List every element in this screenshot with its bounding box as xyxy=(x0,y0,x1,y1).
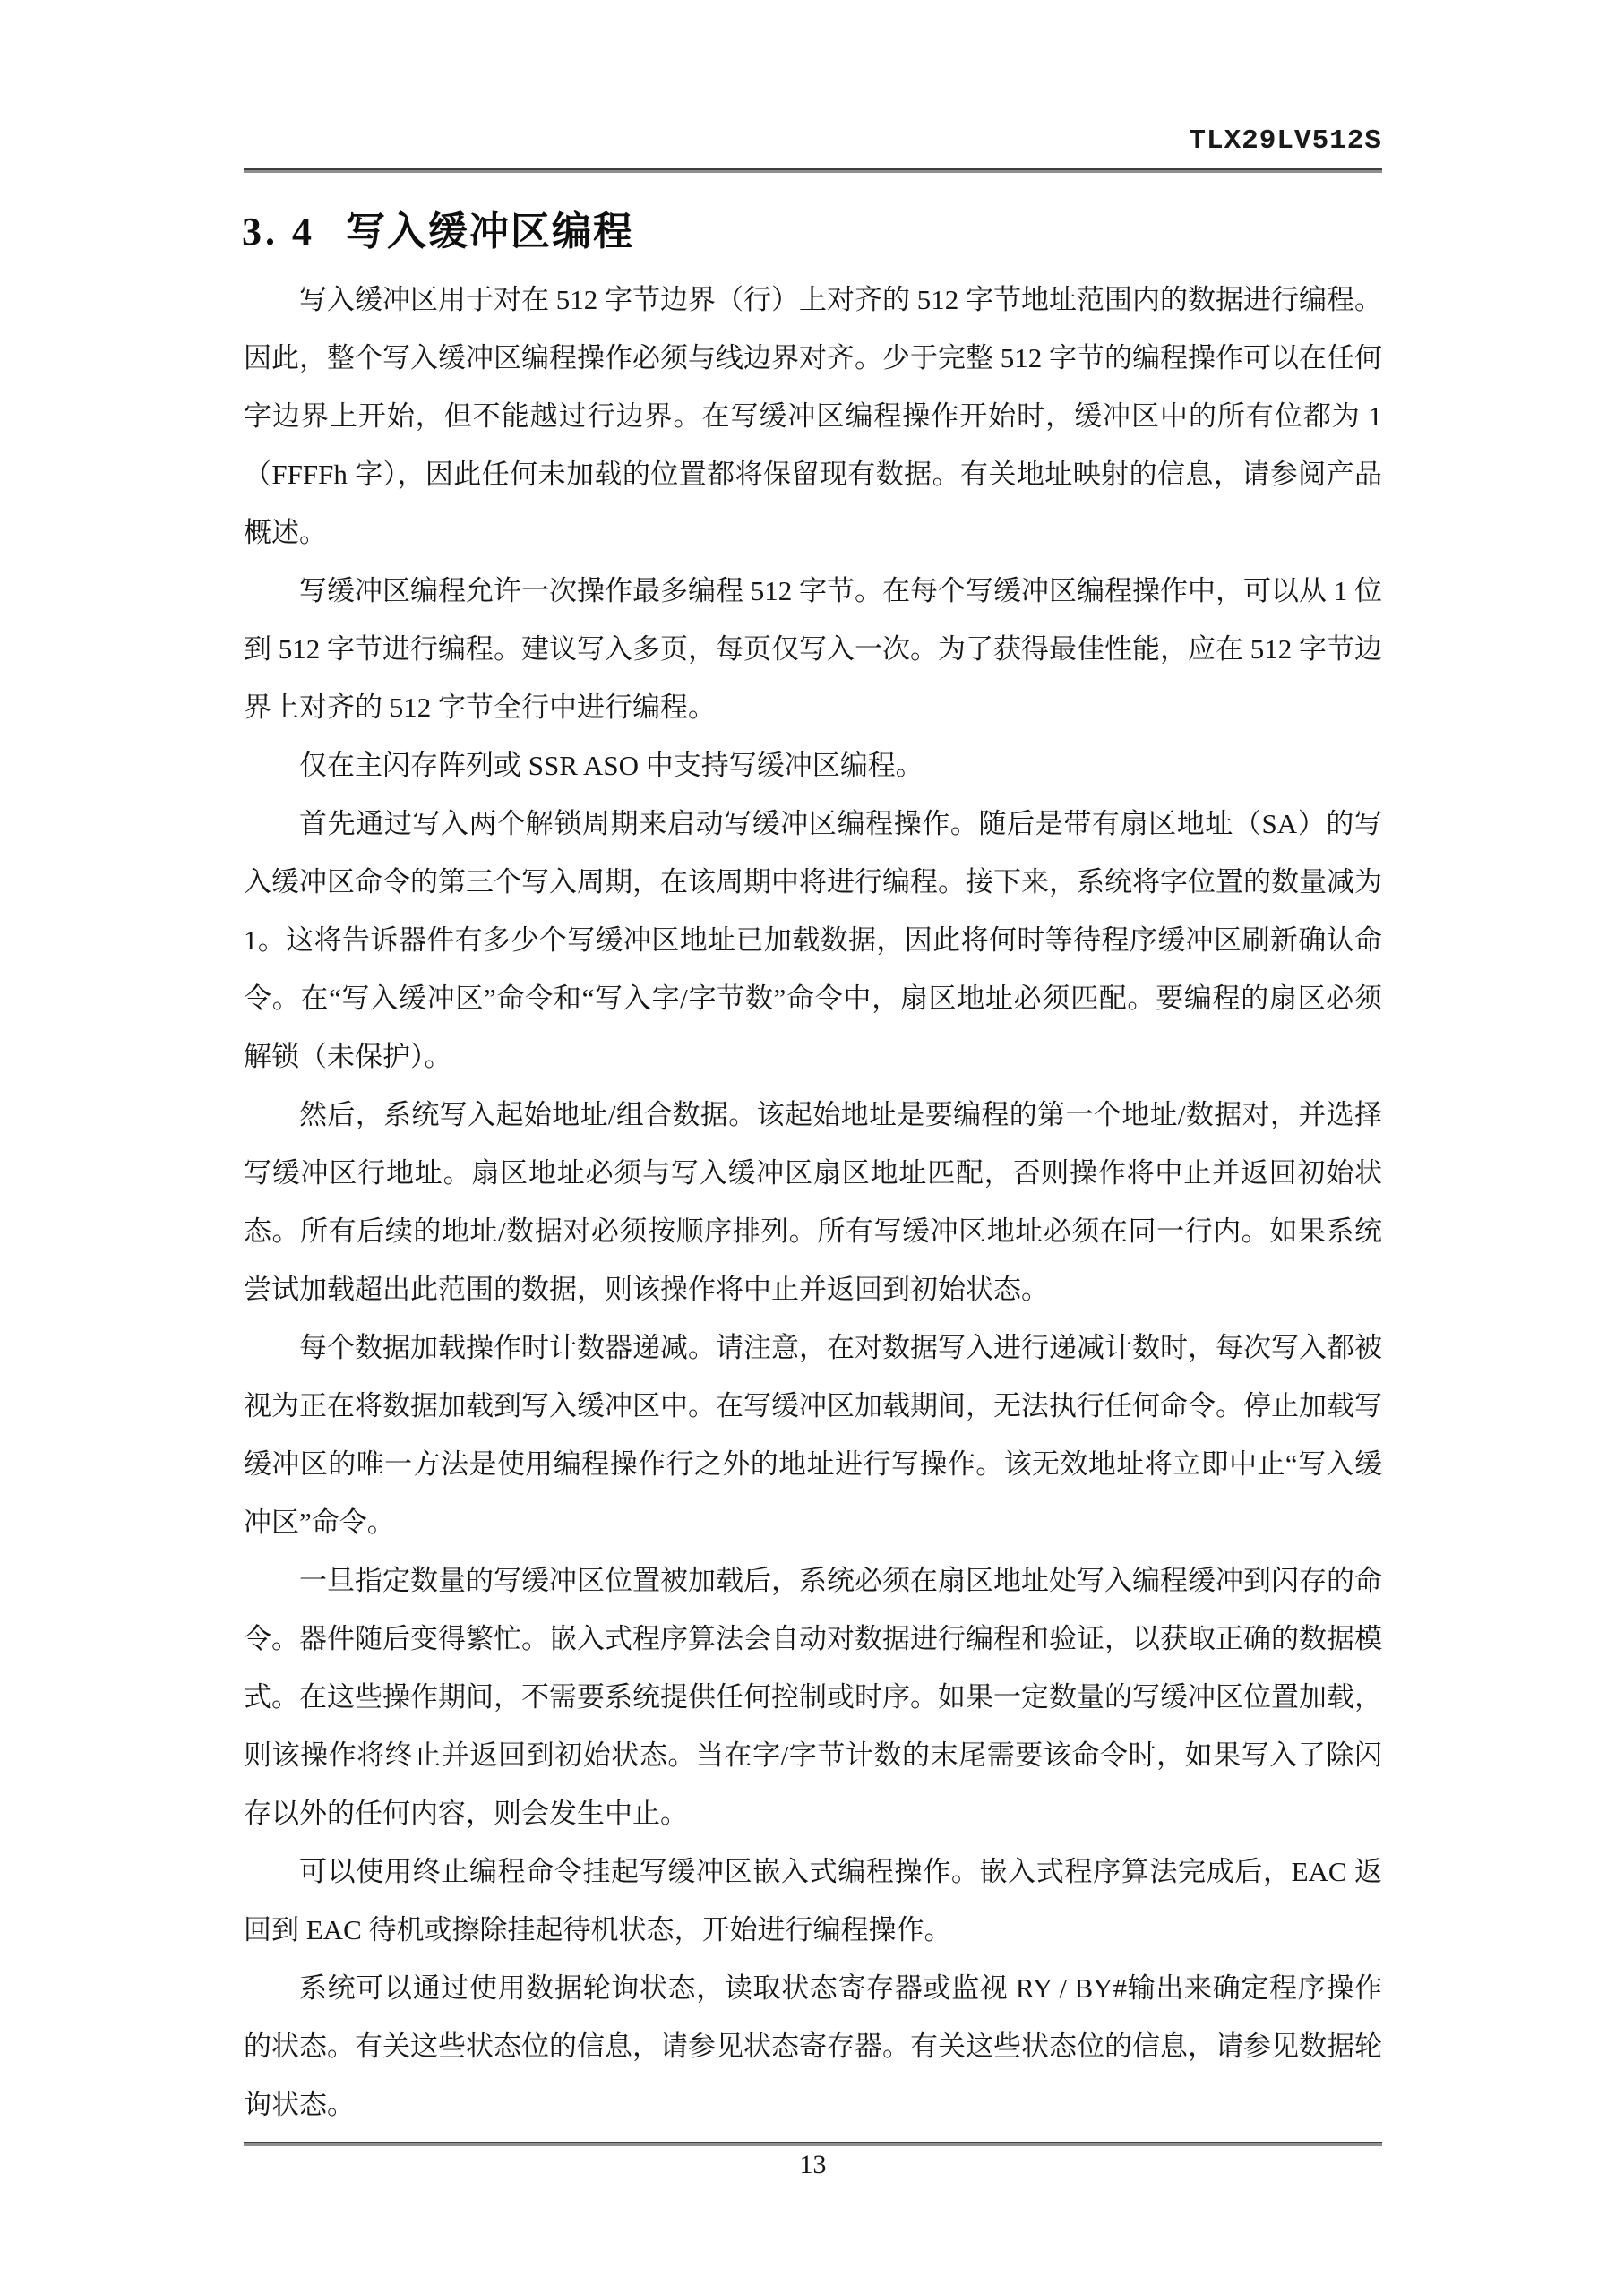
paragraph-unlock-cycles: 首先通过写入两个解锁周期来启动写缓冲区编程操作。随后是带有扇区地址（SA）的写入… xyxy=(244,794,1382,1086)
body-text: 写入缓冲区用于对在 512 字节边界（行）上对齐的 512 字节地址范围内的数据… xyxy=(244,271,1382,2134)
header-rule xyxy=(244,168,1382,173)
paragraph-max-bytes: 写缓冲区编程允许一次操作最多编程 512 字节。在每个写缓冲区编程操作中，可以从… xyxy=(244,562,1382,736)
document-page: TLX29LV512S 3. 4写入缓冲区编程 写入缓冲区用于对在 512 字节… xyxy=(0,0,1624,2293)
paragraph-write-buffer-overview: 写入缓冲区用于对在 512 字节边界（行）上对齐的 512 字节地址范围内的数据… xyxy=(244,271,1382,562)
paragraph-starting-address: 然后，系统写入起始地址/组合数据。该起始地址是要编程的第一个地址/数据对，并选择… xyxy=(244,1086,1382,1318)
paragraph-supported-regions: 仅在主闪存阵列或 SSR ASO 中支持写缓冲区编程。 xyxy=(244,736,1382,794)
page-number: 13 xyxy=(244,2148,1382,2182)
section-title: 写入缓冲区编程 xyxy=(346,210,634,253)
paragraph-status-polling: 系统可以通过使用数据轮询状态，读取状态寄存器或监视 RY / BY#输出来确定程… xyxy=(244,1959,1382,2134)
footer-rule xyxy=(244,2142,1382,2146)
paragraph-counter-decrement: 每个数据加载操作时计数器递减。请注意，在对数据写入进行递减计数时，每次写入都被视… xyxy=(244,1318,1382,1551)
header-doc-id: TLX29LV512S xyxy=(244,125,1382,157)
paragraph-program-buffer-to-flash: 一旦指定数量的写缓冲区位置被加载后，系统必须在扇区地址处写入编程缓冲到闪存的命令… xyxy=(244,1551,1382,1842)
section-heading: 3. 4写入缓冲区编程 xyxy=(242,199,634,256)
paragraph-suspend-command: 可以使用终止编程命令挂起写缓冲区嵌入式编程操作。嵌入式程序算法完成后，EAC 返… xyxy=(244,1842,1382,1959)
section-number: 3. 4 xyxy=(242,210,315,253)
